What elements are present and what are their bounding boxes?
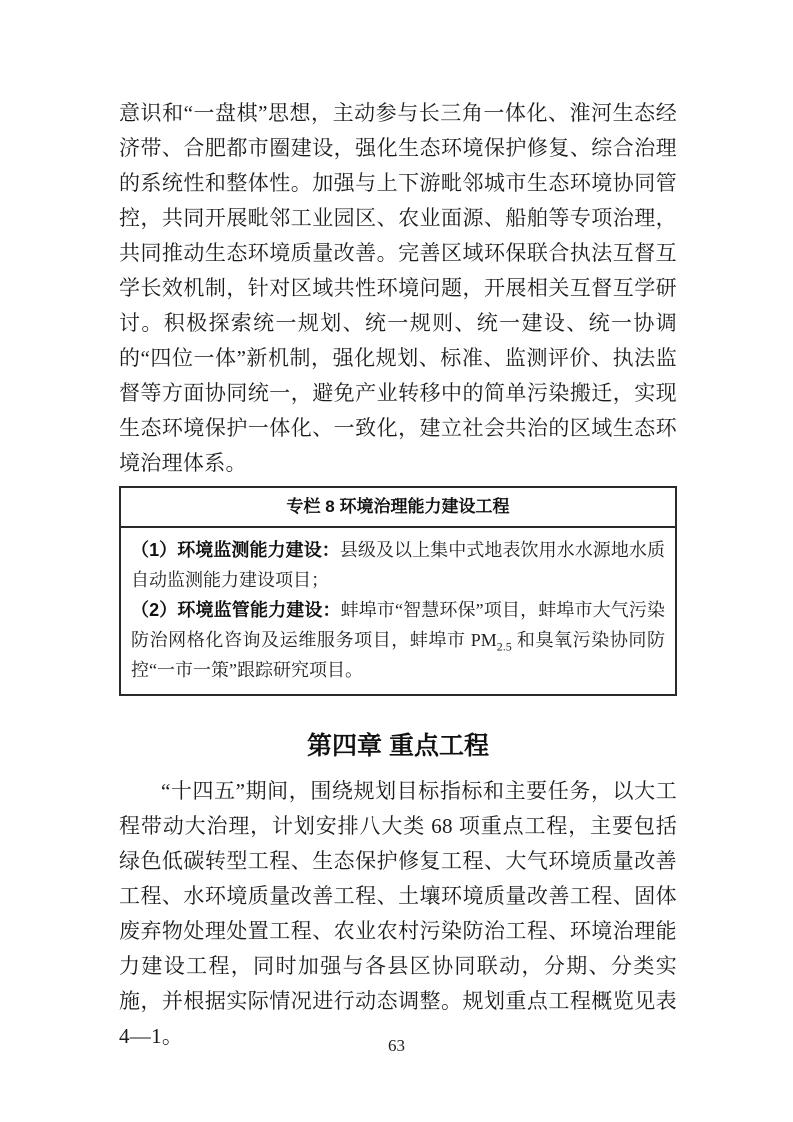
chapter-heading: 第四章 重点工程 — [119, 730, 677, 762]
pm25-subscript: 2.5 — [497, 640, 512, 654]
page-number: 63 — [0, 1036, 793, 1056]
callout-item-2-label: （2）环境监管能力建设： — [131, 600, 341, 620]
callout-item-1: （1）环境监测能力建设：县级及以上集中式地表饮用水水源地水质自动监测能力建设项目… — [131, 535, 665, 595]
document-page: 意识和“一盘棋”思想，主动参与长三角一体化、淮河生态经济带、合肥都市圈建设，强化… — [0, 0, 793, 1122]
body-paragraph-1: 意识和“一盘棋”思想，主动参与长三角一体化、淮河生态经济带、合肥都市圈建设，强化… — [119, 96, 677, 481]
callout-box-title: 专栏 8 环境治理能力建设工程 — [121, 488, 675, 528]
callout-box-body: （1）环境监测能力建设：县级及以上集中式地表饮用水水源地水质自动监测能力建设项目… — [121, 528, 675, 694]
callout-item-2: （2）环境监管能力建设：蚌埠市“智慧环保”项目，蚌埠市大气污染防治网格化咨询及运… — [131, 595, 665, 685]
callout-item-1-label: （1）环境监测能力建设： — [131, 540, 340, 560]
page-content: 意识和“一盘棋”思想，主动参与长三角一体化、淮河生态经济带、合肥都市圈建设，强化… — [119, 0, 677, 1054]
callout-box-8: 专栏 8 环境治理能力建设工程 （1）环境监测能力建设：县级及以上集中式地表饮用… — [119, 486, 677, 696]
body-paragraph-2: “十四五”期间，围绕规划目标指标和主要任务，以大工程带动大治理，计划安排八大类 … — [119, 774, 677, 1054]
